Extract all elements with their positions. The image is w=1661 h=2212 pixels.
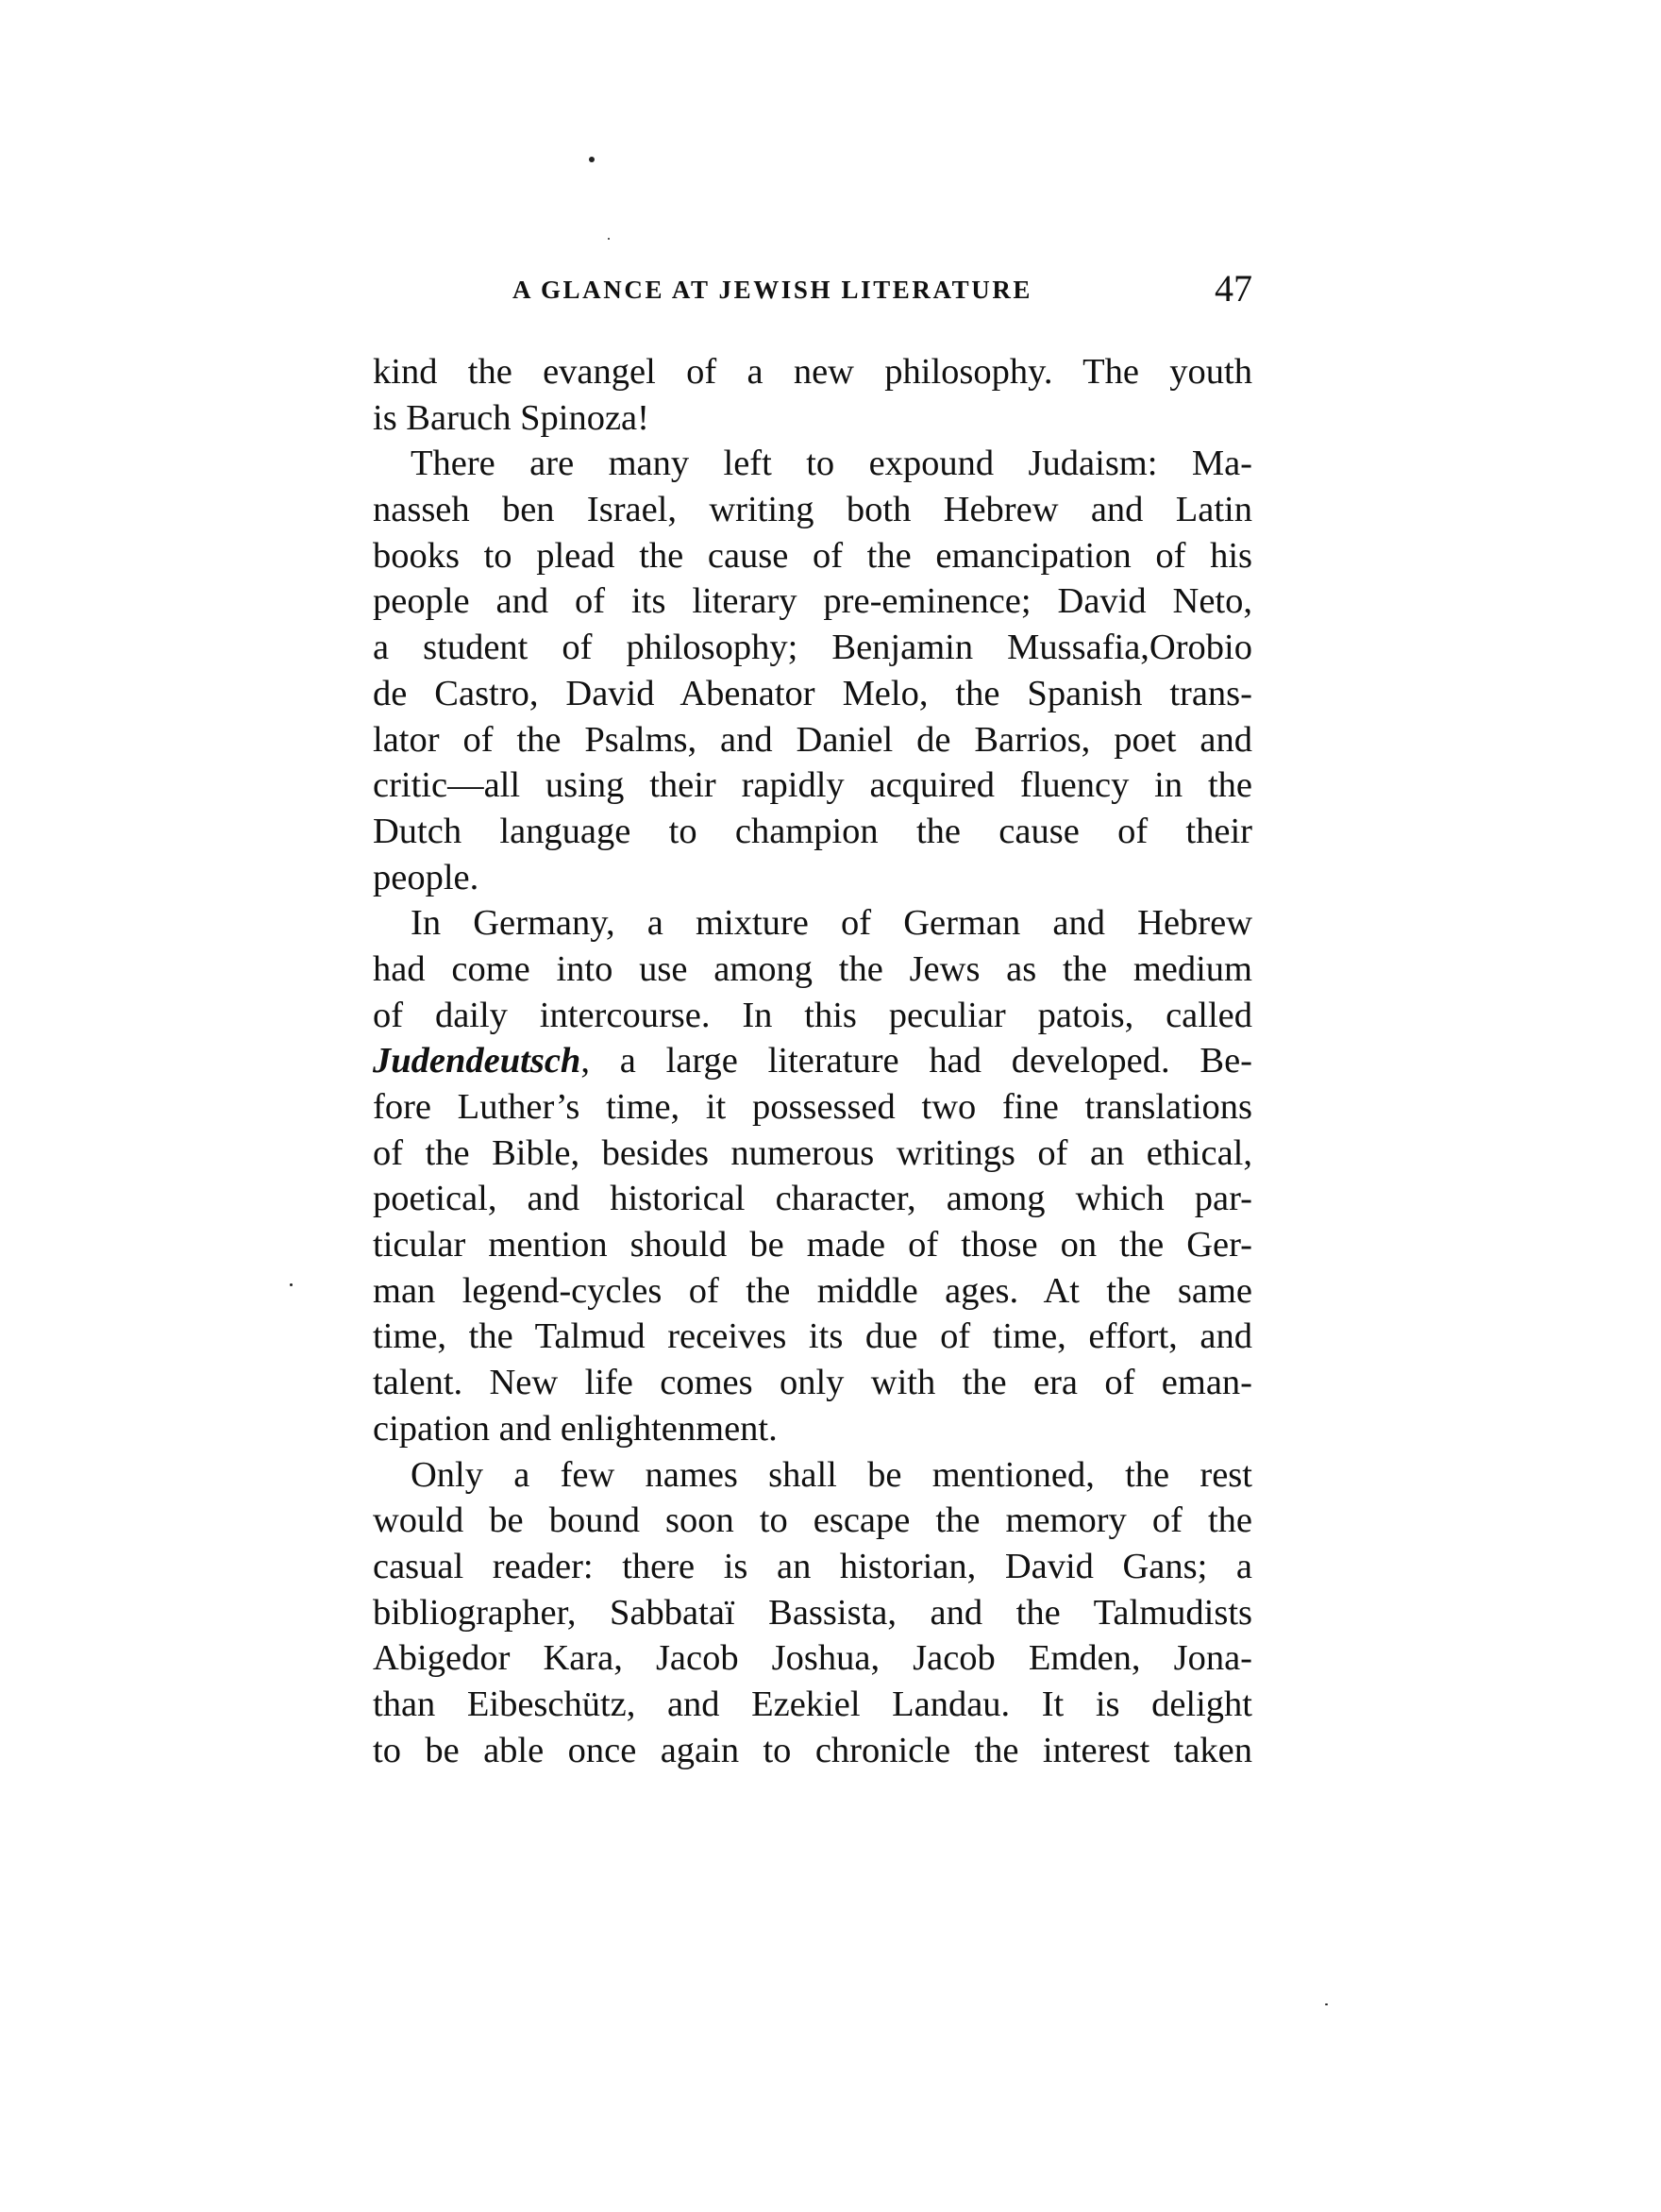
text-line: man legend-cycles of the middle ages. At…	[373, 1268, 1252, 1315]
text-line: of daily intercourse. In this peculiar p…	[373, 993, 1252, 1039]
scan-speck	[608, 238, 610, 240]
text-line: would be bound soon to escape the memory…	[373, 1498, 1252, 1544]
scan-speck	[290, 1283, 293, 1286]
paragraph-start-line: There are many left to expound Judaism: …	[373, 441, 1252, 487]
text-line: time, the Talmud receives its due of tim…	[373, 1314, 1252, 1360]
text-line: kind the evangel of a new philosophy. Th…	[373, 349, 1252, 395]
body-text: kind the evangel of a new philosophy. Th…	[373, 349, 1252, 1773]
text-line: Abigedor Kara, Jacob Joshua, Jacob Emden…	[373, 1635, 1252, 1682]
text-line: is Baruch Spinoza!	[373, 395, 1252, 442]
page-number: 47	[1215, 266, 1252, 310]
text-line: talent. New life comes only with the era…	[373, 1360, 1252, 1406]
text-line: ticular mention should be made of those …	[373, 1222, 1252, 1268]
text-line: lator of the Psalms, and Daniel de Barri…	[373, 717, 1252, 763]
italic-term: Judendeutsch	[373, 1041, 580, 1081]
text-line: nasseh ben Israel, writing both Hebrew a…	[373, 487, 1252, 533]
scan-speck	[1325, 2003, 1328, 2005]
running-header: A GLANCE AT JEWISH LITERATURE 47	[373, 266, 1252, 313]
text-line: books to plead the cause of the emancipa…	[373, 533, 1252, 579]
paragraph-start-line: In Germany, a mixture of German and Hebr…	[373, 900, 1252, 947]
running-title: A GLANCE AT JEWISH LITERATURE	[512, 276, 1032, 305]
text-line: of the Bible, besides numerous writings …	[373, 1131, 1252, 1177]
text-line: critic—all using their rapidly acquired …	[373, 762, 1252, 809]
text-line: fore Luther’s time, it possessed two fin…	[373, 1084, 1252, 1131]
scan-speck	[589, 157, 595, 162]
book-page: A GLANCE AT JEWISH LITERATURE 47 kind th…	[0, 0, 1661, 2212]
text-line: cipation and enlightenment.	[373, 1406, 1252, 1452]
text-line: casual reader: there is an historian, Da…	[373, 1544, 1252, 1590]
text-line: people.	[373, 855, 1252, 901]
text-line: Dutch language to champion the cause of …	[373, 809, 1252, 855]
text-line: bibliographer, Sabbataï Bassista, and th…	[373, 1590, 1252, 1636]
text-run: , a large literature had developed. Be-	[580, 1041, 1252, 1081]
paragraph-start-line: Only a few names shall be mentioned, the…	[373, 1452, 1252, 1499]
text-line: to be able once again to chronicle the i…	[373, 1728, 1252, 1774]
text-line: de Castro, David Abenator Melo, the Span…	[373, 671, 1252, 717]
text-line: people and of its literary pre-eminence;…	[373, 578, 1252, 625]
text-line: than Eibeschütz, and Ezekiel Landau. It …	[373, 1682, 1252, 1728]
text-line: Judendeutsch, a large literature had dev…	[373, 1038, 1252, 1084]
text-line: a student of philosophy; Benjamin Mussaf…	[373, 625, 1252, 671]
text-line: had come into use among the Jews as the …	[373, 947, 1252, 993]
text-line: poetical, and historical character, amon…	[373, 1176, 1252, 1222]
